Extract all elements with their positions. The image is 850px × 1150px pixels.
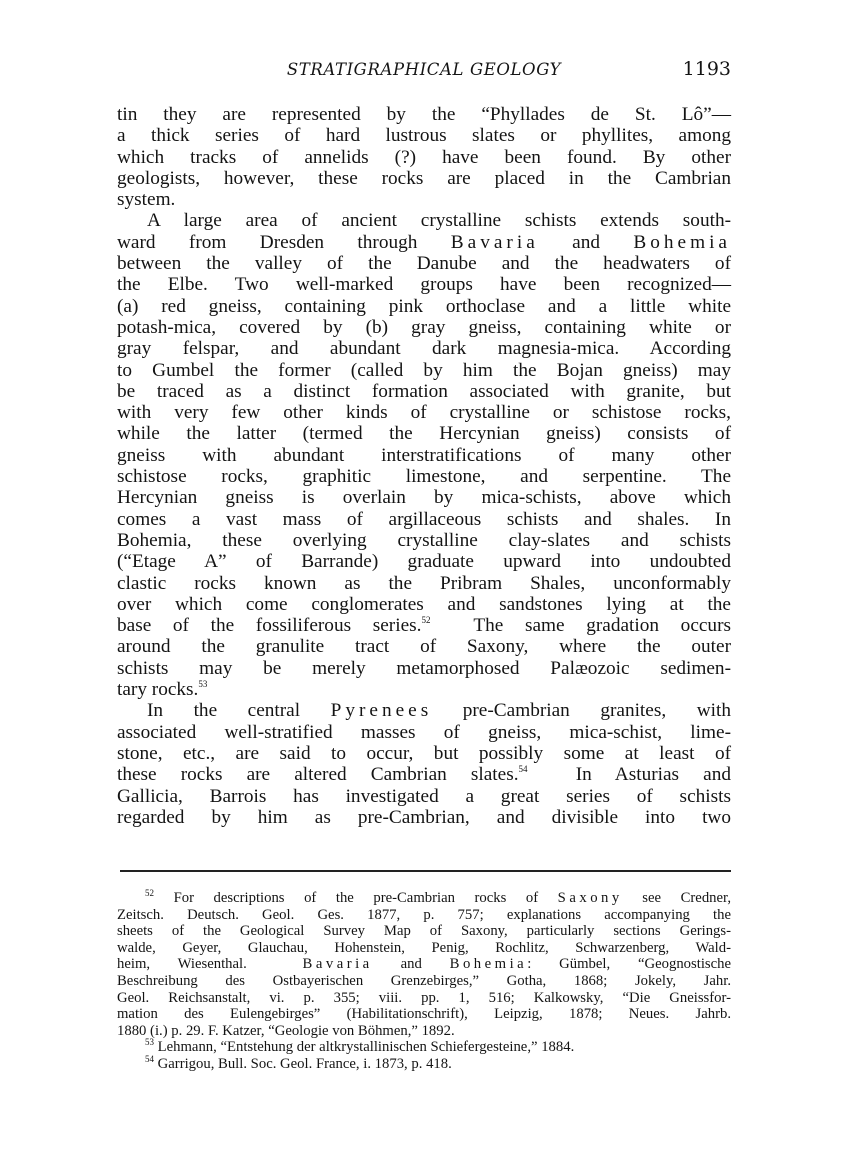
text-line: around the granulite tract of Saxony, wh… <box>117 636 731 657</box>
body-text: tin they are represented by the “Phyllad… <box>117 104 731 828</box>
text-line: (“Etage A” of Barrande) graduate upward … <box>117 551 731 572</box>
text-line: 54 Garrigou, Bull. Soc. Geol. France, i.… <box>117 1056 731 1073</box>
spaced-place-name: Pyrenees <box>331 700 433 721</box>
footnote-ref[interactable]: 52 <box>421 615 430 625</box>
footnote-53: 53 Lehmann, “Entstehung der altkrystalli… <box>117 1039 731 1056</box>
footnote-number: 54 <box>145 1054 154 1064</box>
text-line: clastic rocks known as the Pribram Shale… <box>117 573 731 594</box>
footnote-divider <box>120 870 731 872</box>
footnote-number: 53 <box>145 1037 154 1047</box>
text-line: walde, Geyer, Glauchau, Hohenstein, Peni… <box>117 940 731 957</box>
text-line: schists may be merely metamorphosed Palæ… <box>117 658 731 679</box>
text-line: potash-mica, covered by (b) gray gneiss,… <box>117 317 731 338</box>
text-line: 1880 (i.) p. 29. F. Katzer, “Geologie vo… <box>117 1023 731 1040</box>
text-line: regarded by him as pre-Cambrian, and div… <box>117 807 731 828</box>
page-number: 1193 <box>683 58 731 80</box>
paragraph: tin they are represented by the “Phyllad… <box>117 104 731 210</box>
footnote-ref[interactable]: 54 <box>519 764 528 774</box>
text-line: between the valley of the Danube and the… <box>117 253 731 274</box>
text-line: A large area of ancient crystalline schi… <box>117 210 731 231</box>
spaced-place-name: Bavaria <box>303 956 373 972</box>
text-line: gneiss with abundant interstratification… <box>117 445 731 466</box>
footnotes: 52 For descriptions of the pre-Cambrian … <box>117 890 731 1073</box>
footnote-number: 52 <box>145 888 154 898</box>
text-line: these rocks are altered Cambrian slates.… <box>117 764 731 785</box>
text-line: to Gumbel the former (called by him the … <box>117 360 731 381</box>
text-line: system. <box>117 189 731 210</box>
text-line: ward from Dresden through Bavaria and Bo… <box>117 232 731 253</box>
spaced-place-name: Saxony <box>558 890 623 906</box>
text-line: geologists, however, these rocks are pla… <box>117 168 731 189</box>
text-line: Bohemia, these overlying crystalline cla… <box>117 530 731 551</box>
text-line: be traced as a distinct formation associ… <box>117 381 731 402</box>
text-line: Geol. Reichsanstalt, vi. p. 355; viii. p… <box>117 990 731 1007</box>
text-line: schistose rocks, graphitic limestone, an… <box>117 466 731 487</box>
text-line: heim, Wiesenthal. Bavaria and Bohemia: G… <box>117 956 731 973</box>
text-line: tary rocks.53 <box>117 679 731 700</box>
spaced-place-name: Bavaria <box>451 232 539 253</box>
running-title: STRATIGRAPHICAL GEOLOGY <box>117 60 731 79</box>
paragraph: A large area of ancient crystalline schi… <box>117 210 731 700</box>
text-line: In the central Pyrenees pre-Cambrian gra… <box>117 700 731 721</box>
text-line: 52 For descriptions of the pre-Cambrian … <box>117 890 731 907</box>
spaced-place-name: Bohemia <box>633 232 731 253</box>
book-page: STRATIGRAPHICAL GEOLOGY 1193 tin they ar… <box>117 58 731 828</box>
text-line: mation des Eulengebirges” (Habilitations… <box>117 1006 731 1023</box>
text-line: Zeitsch. Deutsch. Geol. Ges. 1877, p. 75… <box>117 907 731 924</box>
text-line: which tracks of annelids (?) have been f… <box>117 147 731 168</box>
text-line: with very few other kinds of crystalline… <box>117 402 731 423</box>
footnote-ref[interactable]: 53 <box>198 679 207 689</box>
text-line: (a) red gneiss, containing pink orthocla… <box>117 296 731 317</box>
text-line: stone, etc., are said to occur, but poss… <box>117 743 731 764</box>
text-line: a thick series of hard lustrous slates o… <box>117 125 731 146</box>
paragraph: In the central Pyrenees pre-Cambrian gra… <box>117 700 731 828</box>
text-line: associated well-stratified masses of gne… <box>117 722 731 743</box>
text-line: gray felspar, and abundant dark magnesia… <box>117 338 731 359</box>
text-line: 53 Lehmann, “Entstehung der altkrystalli… <box>117 1039 731 1056</box>
text-line: Hercynian gneiss is overlain by mica-sch… <box>117 487 731 508</box>
text-line: over which come conglomerates and sandst… <box>117 594 731 615</box>
text-line: Gallicia, Barrois has investigated a gre… <box>117 786 731 807</box>
text-line: Beschreibung des Ostbayerischen Grenzebi… <box>117 973 731 990</box>
text-line: while the latter (termed the Hercynian g… <box>117 423 731 444</box>
text-line: the Elbe. Two well-marked groups have be… <box>117 274 731 295</box>
text-line: comes a vast mass of argillaceous schist… <box>117 509 731 530</box>
spaced-place-name: Bohemia <box>450 956 528 972</box>
page-header: STRATIGRAPHICAL GEOLOGY 1193 <box>117 58 731 88</box>
text-line: tin they are represented by the “Phyllad… <box>117 104 731 125</box>
footnote-54: 54 Garrigou, Bull. Soc. Geol. France, i.… <box>117 1056 731 1073</box>
footnote-52: 52 For descriptions of the pre-Cambrian … <box>117 890 731 1039</box>
text-line: sheets of the Geological Survey Map of S… <box>117 923 731 940</box>
text-line: base of the fossiliferous series.52 The … <box>117 615 731 636</box>
